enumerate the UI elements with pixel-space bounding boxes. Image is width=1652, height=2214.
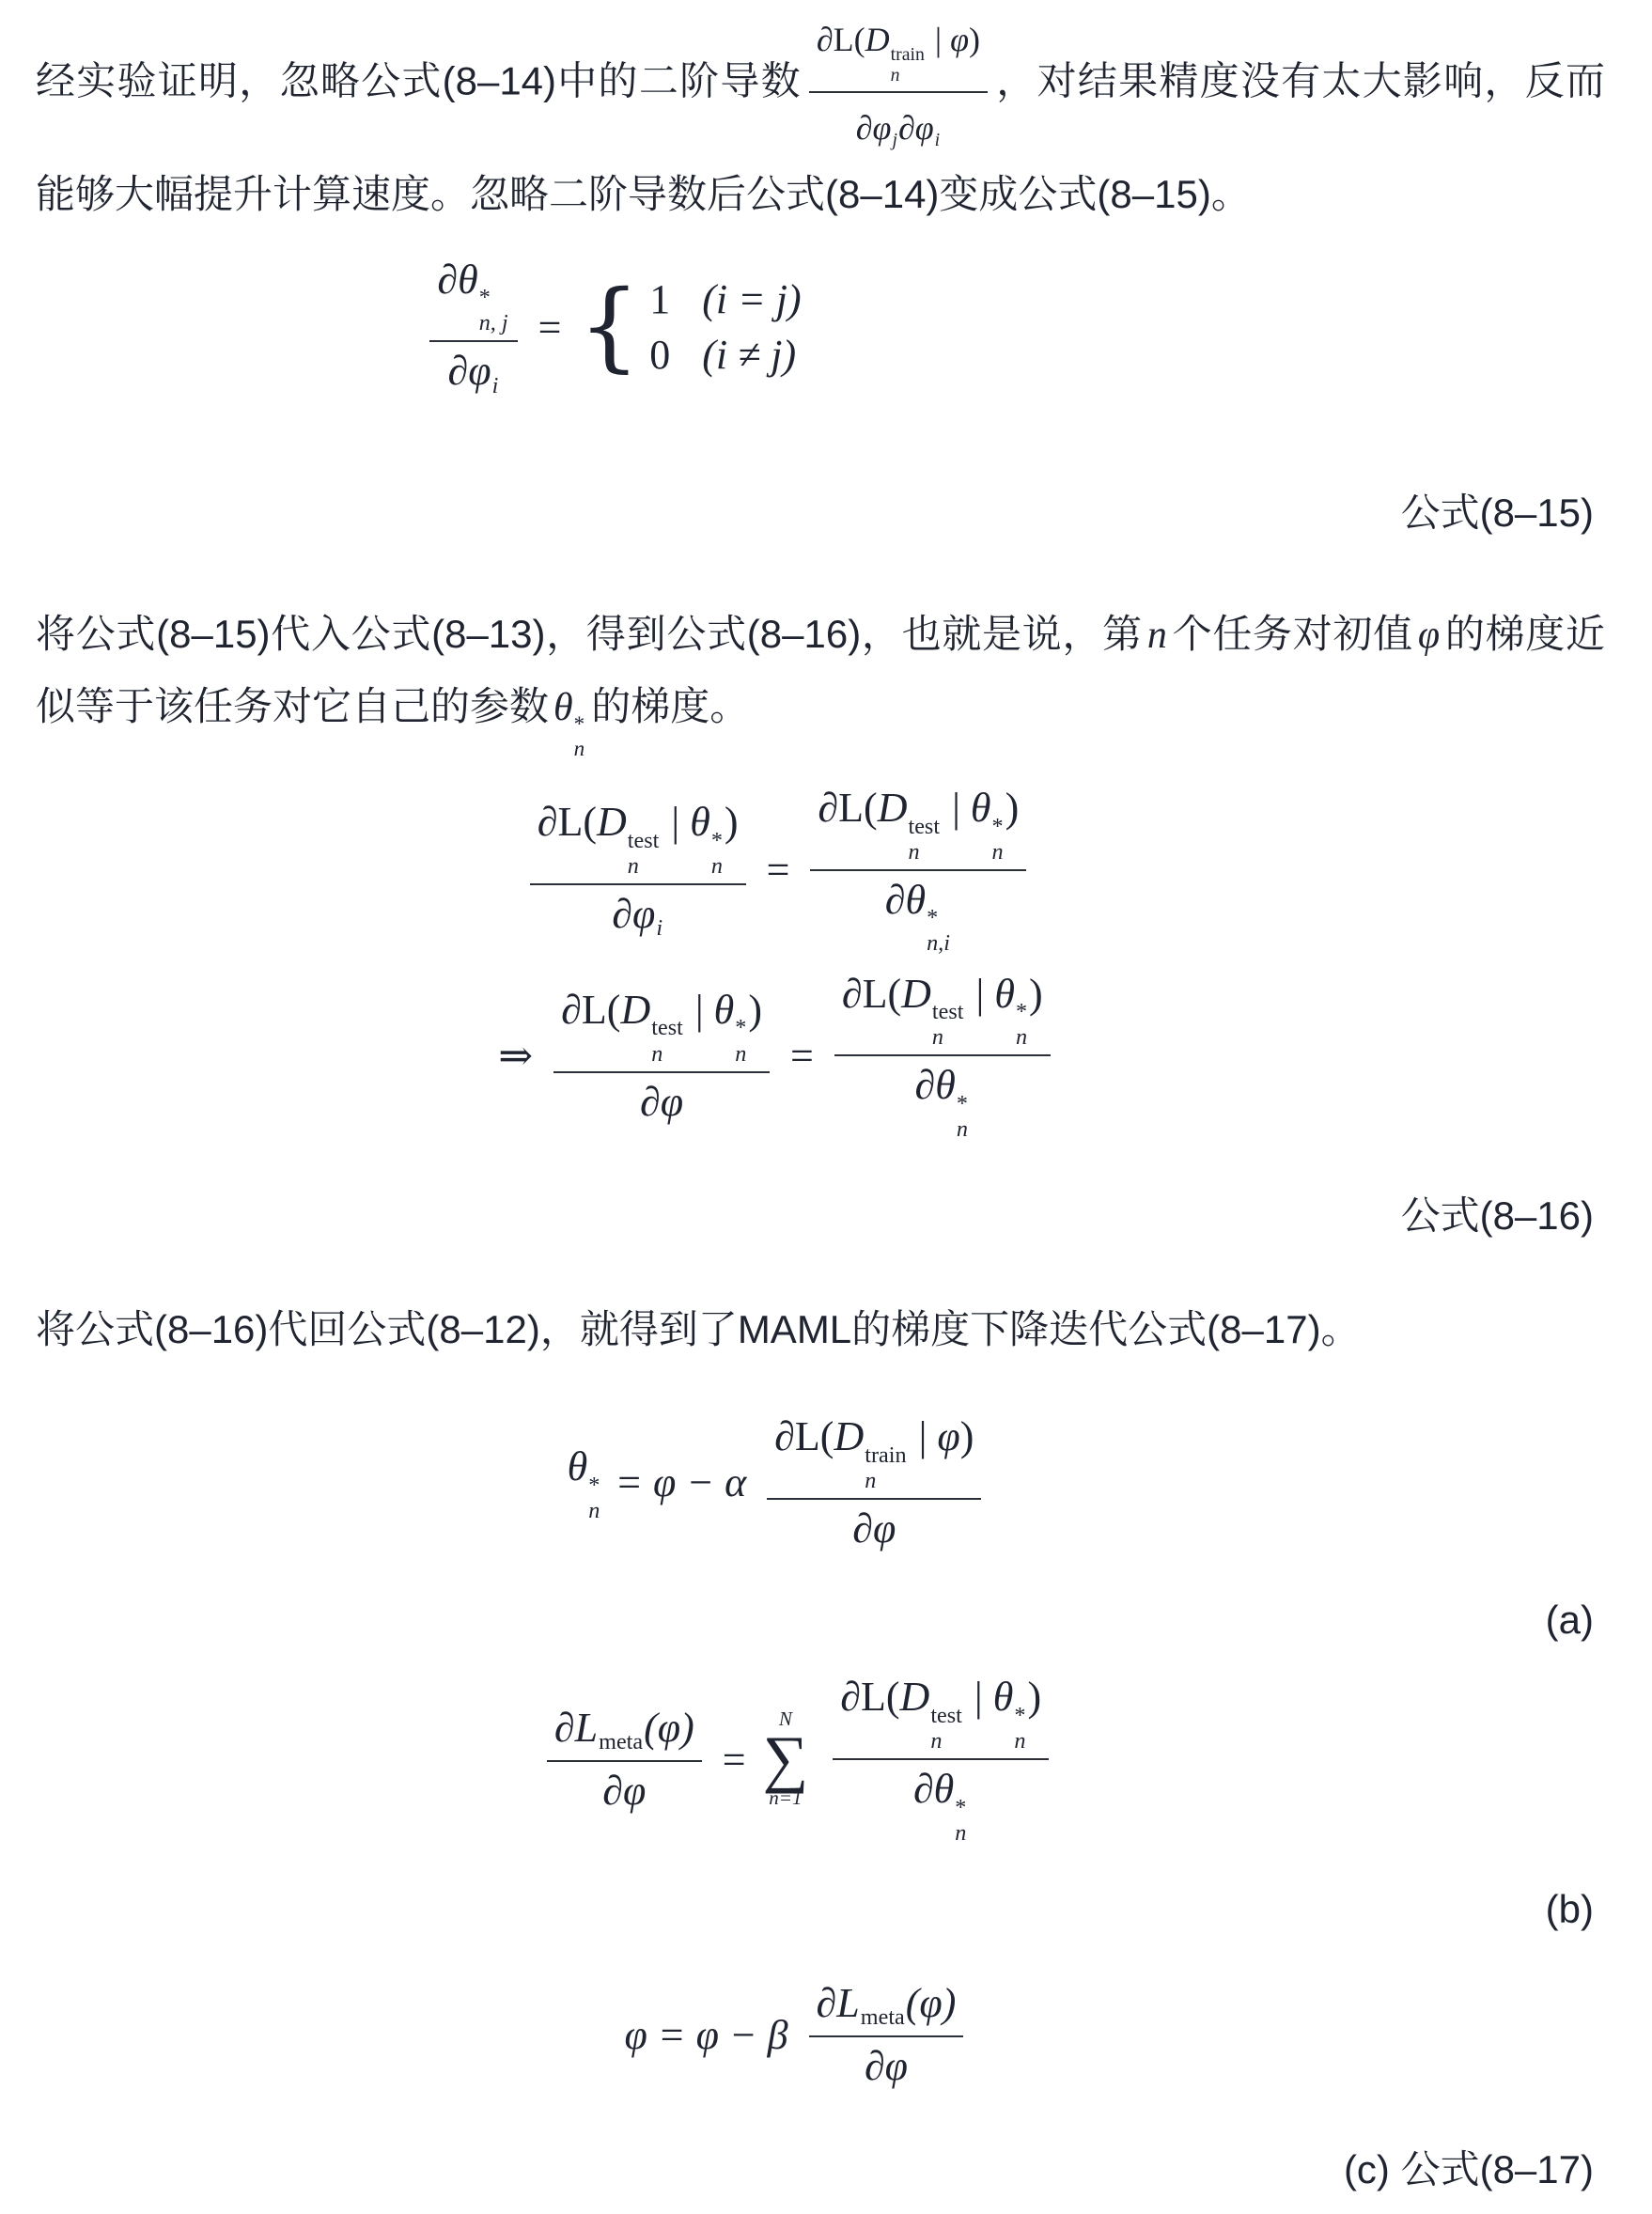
math-token: )	[1005, 785, 1020, 831]
math-token: D	[597, 799, 627, 845]
sup-sub-stack: *n	[735, 1015, 746, 1066]
fraction: ∂L(Dtestn | θ*n) ∂θ*n	[833, 1673, 1049, 1846]
math-token: θ	[690, 799, 710, 845]
numerator: ∂L(Dtestn | θ*n)	[530, 798, 746, 883]
cases-group: { 1 (i = j) 0 (i ≠ j)	[578, 275, 801, 379]
equation-row: ⇒ ∂L(Dtestn | θ*n) ∂φ = ∂L(Dtestn | θ*n)…	[498, 970, 1057, 1143]
superscript: *	[1014, 1703, 1025, 1728]
subscript: n,i	[927, 930, 950, 956]
numerator: ∂L(Dtestn | θ*n)	[553, 986, 770, 1071]
sup-sub-stack: *n	[955, 1795, 966, 1846]
sup-sub-stack: testn	[908, 814, 940, 865]
superscript: test	[908, 814, 940, 839]
case-condition: (i ≠ j)	[702, 331, 801, 379]
math-token: φ = φ − β	[625, 2011, 788, 2059]
superscript: *	[1016, 999, 1027, 1024]
math-token: (φ)	[906, 1980, 957, 2026]
superscript: test	[651, 1015, 683, 1040]
sup-sub-stack: *n,i	[927, 905, 950, 956]
equation-8-16-line2: ⇒ ∂L(Dtestn | θ*n) ∂φ = ∂L(Dtestn | θ*n)…	[36, 970, 1605, 1143]
sup-sub-stack: *n, j	[479, 285, 508, 335]
numerator: ∂θ*n, j	[429, 256, 517, 341]
math-token: ∂φ	[852, 1505, 896, 1551]
math-token: ∂φ	[612, 891, 655, 937]
fraction: ∂L(Dtestn | θ*n) ∂θ*n,i	[810, 784, 1026, 957]
superscript: test	[628, 828, 660, 853]
summation: N ∑ n=1	[763, 1709, 809, 1808]
denominator: ∂θ*n,i	[810, 869, 1026, 957]
math-token: ∂θ	[915, 1062, 956, 1108]
superscript: *	[992, 814, 1004, 839]
denominator: ∂φ	[767, 1498, 981, 1552]
equation-row: ∂Lmeta(φ) ∂φ = N ∑ n=1 ∂L(Dtestn | θ*n) …	[539, 1673, 1056, 1846]
sup-sub-stack: testn	[651, 1015, 683, 1066]
math-token: )	[1029, 971, 1043, 1017]
math-token: ∂φ	[865, 2043, 908, 2089]
subscript: n	[865, 1468, 876, 1493]
math-token: L	[575, 1705, 598, 1751]
math-token: ∂L(	[842, 971, 901, 1017]
paragraph-text: 经实验证明，忽略公式(8–14)中的二阶导数	[36, 59, 802, 103]
math-token: )	[748, 987, 762, 1033]
equals-sign: =	[790, 1032, 814, 1080]
math-token: D	[900, 1674, 930, 1720]
subscript: n	[930, 1728, 942, 1754]
sup-sub-stack: *n	[1016, 999, 1027, 1050]
math-token: ∂θ	[885, 877, 926, 923]
equation-label-a: (a)	[36, 1598, 1605, 1643]
math-token: |	[964, 1674, 993, 1720]
numerator: ∂L(Dtestn | θ*n)	[833, 1673, 1049, 1758]
math-token: )	[960, 1413, 974, 1459]
equation-row: ∂θ*n, j ∂φi = { 1 (i = j) 0 (i ≠ j)	[422, 256, 801, 399]
denominator: ∂φi	[530, 883, 746, 942]
paragraph-substitution: 将公式(8–15)代入公式(8–13)，得到公式(8–16)，也就是说，第n个任…	[36, 599, 1605, 761]
superscript: train	[865, 1442, 906, 1468]
paragraph-text: 将公式(8–16)代回公式(8–12)，就得到了MAML的梯度下降迭代公式(8–…	[36, 1307, 1361, 1351]
paragraph-text: 个任务对初值	[1172, 612, 1413, 656]
math-token: )	[969, 21, 980, 58]
subscript: n	[891, 65, 900, 86]
math-token: θ	[714, 987, 735, 1033]
fraction: ∂Lmeta(φ) ∂φ	[547, 1704, 702, 1815]
denominator: ∂φ	[553, 1071, 770, 1126]
math-token: ∂φ	[898, 109, 934, 147]
equals-sign: =	[767, 846, 790, 894]
math-token: |	[966, 971, 995, 1017]
math-token: φ	[937, 1413, 959, 1459]
math-token: ∂L(	[840, 1674, 899, 1720]
math-token: ∂L(	[774, 1413, 834, 1459]
sup-sub-stack: *n	[957, 1091, 968, 1142]
inline-var-theta: θ*n	[553, 686, 586, 729]
fraction: ∂θ*n, j ∂φi	[429, 256, 517, 399]
sup-sub-stack: trainn	[891, 44, 925, 86]
subscript: meta	[599, 1729, 643, 1754]
numerator: ∂L(Dtrainn | φ)	[809, 9, 988, 91]
implies-arrow: ⇒	[498, 1032, 533, 1080]
sup-sub-stack: *n	[1014, 1703, 1025, 1754]
subscript: n	[908, 839, 919, 865]
equation-8-17b: ∂Lmeta(φ) ∂φ = N ∑ n=1 ∂L(Dtestn | θ*n) …	[36, 1673, 1605, 1846]
equals-sign: =	[723, 1736, 746, 1784]
math-token: θ	[993, 1674, 1014, 1720]
math-token: |	[942, 785, 971, 831]
math-token: θ	[994, 971, 1015, 1017]
subscript: n	[628, 853, 639, 879]
subscript: n	[957, 1116, 968, 1142]
equals-sign: =	[538, 304, 562, 351]
math-token: ∂L(	[561, 987, 620, 1033]
subscript: n	[574, 737, 585, 761]
subscript: n	[1016, 1024, 1027, 1050]
math-token: D	[834, 1413, 864, 1459]
math-token: φ	[950, 21, 969, 58]
superscript: *	[479, 285, 491, 310]
denominator: ∂θ*n	[834, 1054, 1051, 1142]
math-token: ∂φ	[856, 109, 892, 147]
sup-sub-stack: testn	[930, 1703, 962, 1754]
subscript: n	[992, 839, 1004, 865]
math-token: )	[1027, 1674, 1041, 1720]
left-brace: {	[578, 286, 640, 368]
paragraph-text: 的梯度。	[591, 684, 749, 728]
subscript: n	[1014, 1728, 1025, 1754]
denominator: ∂φi	[429, 340, 517, 398]
paragraph-text: 将公式(8–15)代入公式(8–13)，得到公式(8–16)，也就是说，第	[36, 612, 1143, 656]
numerator: ∂Lmeta(φ)	[809, 1979, 964, 2035]
math-token: ∂φ	[640, 1079, 683, 1125]
math-token: |	[685, 987, 714, 1033]
math-token: D	[878, 785, 908, 831]
equation-8-17c: φ = φ − β ∂Lmeta(φ) ∂φ	[36, 1979, 1605, 2090]
sup-sub-stack: *n	[992, 814, 1004, 865]
subscript: meta	[861, 2004, 905, 2030]
case-grid: 1 (i = j) 0 (i ≠ j)	[649, 275, 801, 379]
subscript: i	[492, 373, 499, 398]
sup-sub-stack: *n	[588, 1473, 600, 1523]
math-token: L	[836, 1980, 859, 2026]
sup-sub-stack: *n	[574, 712, 585, 761]
superscript: *	[927, 905, 938, 930]
subscript: j	[892, 130, 897, 150]
inline-formula-second-derivative: ∂L(Dtrainn | φ)∂φj∂φi	[809, 9, 988, 159]
math-token: ∂θ	[437, 257, 477, 303]
fraction: ∂Lmeta(φ) ∂φ	[809, 1979, 964, 2090]
equation-row: θ*n = φ − α ∂L(Dtrainn | φ) ∂φ	[568, 1412, 990, 1552]
subscript: i	[935, 130, 941, 150]
math-token: θ	[971, 785, 991, 831]
sigma-icon: ∑	[763, 1732, 809, 1786]
subscript: n	[735, 1041, 746, 1067]
subscript: n	[711, 853, 723, 879]
math-token: D	[901, 971, 931, 1017]
math-token: θ	[553, 686, 573, 729]
math-token: (φ)	[644, 1705, 694, 1751]
equation-8-15: ∂θ*n, j ∂φi = { 1 (i = j) 0 (i ≠ j)	[36, 256, 1605, 399]
equation-label-8-16: 公式(8–16)	[36, 1185, 1605, 1241]
fraction: ∂L(Dtestn | θ*n) ∂θ*n	[834, 970, 1051, 1143]
numerator: ∂L(Dtestn | θ*n)	[834, 970, 1051, 1055]
superscript: *	[588, 1473, 600, 1498]
denominator: ∂θ*n	[833, 1758, 1049, 1846]
superscript: train	[891, 44, 925, 65]
superscript: *	[711, 828, 723, 853]
theta-star-n: θ*n	[568, 1442, 602, 1523]
math-token: ∂φ	[448, 348, 491, 394]
denominator: ∂φ	[809, 2035, 964, 2090]
superscript: test	[932, 999, 964, 1024]
equation-label-8-15: 公式(8–15)	[36, 482, 1605, 538]
inline-var-phi: φ	[1418, 614, 1440, 657]
document-page: 经实验证明，忽略公式(8–14)中的二阶导数∂L(Dtrainn | φ)∂φj…	[0, 0, 1652, 2214]
inline-var-n: n	[1147, 614, 1167, 657]
subscript: n	[651, 1041, 662, 1067]
sup-sub-stack: testn	[628, 828, 660, 879]
denominator: ∂φj∂φi	[809, 91, 988, 160]
equation-8-16-line1: ∂L(Dtestn | θ*n) ∂φi = ∂L(Dtestn | θ*n) …	[36, 784, 1605, 957]
case-value: 0	[649, 331, 670, 379]
math-token: D	[620, 987, 650, 1033]
math-token: )	[725, 799, 739, 845]
subscript: n	[955, 1820, 966, 1846]
equation-label-c-8-17: (c) 公式(8–17)	[36, 2139, 1605, 2195]
superscript: *	[735, 1015, 746, 1040]
sup-sub-stack: trainn	[865, 1442, 906, 1493]
math-token: ∂φ	[602, 1768, 646, 1814]
sup-sub-stack: *n	[711, 828, 723, 879]
paragraph-intro: 经实验证明，忽略公式(8–14)中的二阶导数∂L(Dtrainn | φ)∂φj…	[36, 9, 1605, 231]
math-token: ∂θ	[913, 1766, 954, 1812]
superscript: *	[574, 712, 585, 737]
numerator: ∂L(Dtestn | θ*n)	[810, 784, 1026, 869]
case-condition: (i = j)	[702, 275, 801, 323]
paragraph-maml: 将公式(8–16)代回公式(8–12)，就得到了MAML的梯度下降迭代公式(8–…	[36, 1294, 1605, 1365]
math-token: ∂L(	[817, 21, 865, 58]
superscript: *	[957, 1091, 968, 1116]
equation-8-17a: θ*n = φ − α ∂L(Dtrainn | φ) ∂φ	[36, 1412, 1605, 1552]
superscript: test	[930, 1703, 962, 1728]
equation-row: φ = φ − β ∂Lmeta(φ) ∂φ	[625, 1979, 972, 2090]
superscript: *	[955, 1795, 966, 1820]
sum-lower-limit: n=1	[769, 1788, 802, 1808]
math-token: |	[927, 21, 950, 58]
math-token: |	[909, 1413, 938, 1459]
equation-label-b: (b)	[36, 1887, 1605, 1932]
numerator: ∂L(Dtrainn | φ)	[767, 1412, 981, 1498]
math-token: θ	[568, 1443, 588, 1489]
math-token: = φ − α	[615, 1458, 746, 1506]
fraction: ∂L(Dtrainn | φ) ∂φ	[767, 1412, 981, 1552]
fraction: ∂L(Dtestn | θ*n) ∂φ	[553, 986, 770, 1126]
subscript: n	[932, 1024, 943, 1050]
math-token: D	[865, 21, 890, 58]
math-token: ∂L(	[818, 785, 877, 831]
math-token: |	[661, 799, 690, 845]
subscript: n	[588, 1498, 600, 1523]
case-value: 1	[649, 275, 670, 323]
denominator: ∂φ	[547, 1760, 702, 1815]
math-token: ∂L(	[538, 799, 597, 845]
subscript: n, j	[479, 310, 508, 335]
subscript: i	[656, 915, 662, 941]
math-token: ∂	[817, 1980, 837, 2026]
numerator: ∂Lmeta(φ)	[547, 1704, 702, 1760]
fraction: ∂L(Dtestn | θ*n) ∂φi	[530, 798, 746, 942]
sup-sub-stack: testn	[932, 999, 964, 1050]
equation-row: ∂L(Dtestn | θ*n) ∂φi = ∂L(Dtestn | θ*n) …	[522, 784, 1035, 957]
math-token: ∂	[554, 1705, 575, 1751]
